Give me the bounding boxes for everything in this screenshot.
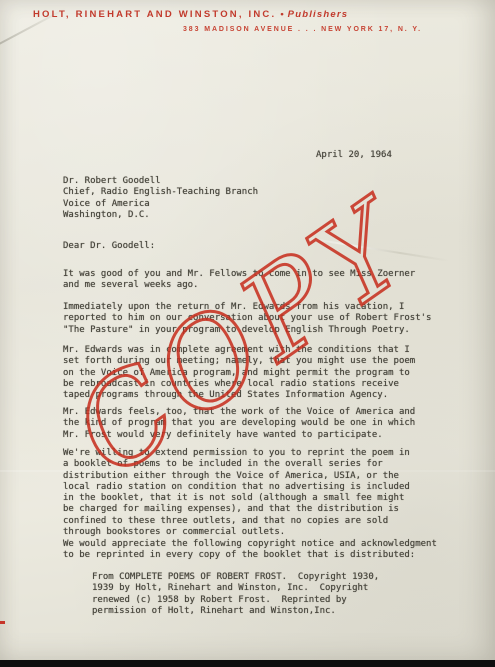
bullet-separator-icon: • [276, 9, 287, 20]
body-paragraph: It was good of you and Mr. Fellows to co… [63, 269, 415, 292]
recipient-address: Dr. Robert Goodell Chief, Radio English-… [63, 176, 258, 221]
date-line: April 20, 1964 [316, 150, 392, 161]
letter-page: HOLT, RINEHART AND WINSTON, INC.•Publish… [0, 0, 495, 667]
body-paragraph: Mr. Edwards was in complete agreement wi… [63, 345, 415, 401]
body-paragraph: We would appreciate the following copyri… [63, 539, 437, 562]
letterhead-tagline: Publishers [288, 9, 349, 20]
letterhead-company: HOLT, RINEHART AND WINSTON, INC. [33, 9, 276, 20]
body-paragraph: Immediately upon the return of Mr. Edwar… [63, 302, 431, 336]
scan-edge [0, 660, 495, 667]
body-paragraph: Mr. Edwards feels, too, that the work of… [63, 407, 415, 441]
salutation: Dear Dr. Goodell: [63, 241, 155, 252]
body-paragraph: We're willing to extend permission to yo… [63, 448, 410, 538]
letterhead-address: 383 MADISON AVENUE . . . NEW YORK 17, N.… [183, 26, 422, 33]
paper-crease [301, 236, 449, 261]
copyright-notice: From COMPLETE POEMS OF ROBERT FROST. Cop… [92, 572, 379, 617]
letterhead: HOLT, RINEHART AND WINSTON, INC.•Publish… [33, 9, 348, 20]
red-edge-mark [0, 621, 5, 624]
